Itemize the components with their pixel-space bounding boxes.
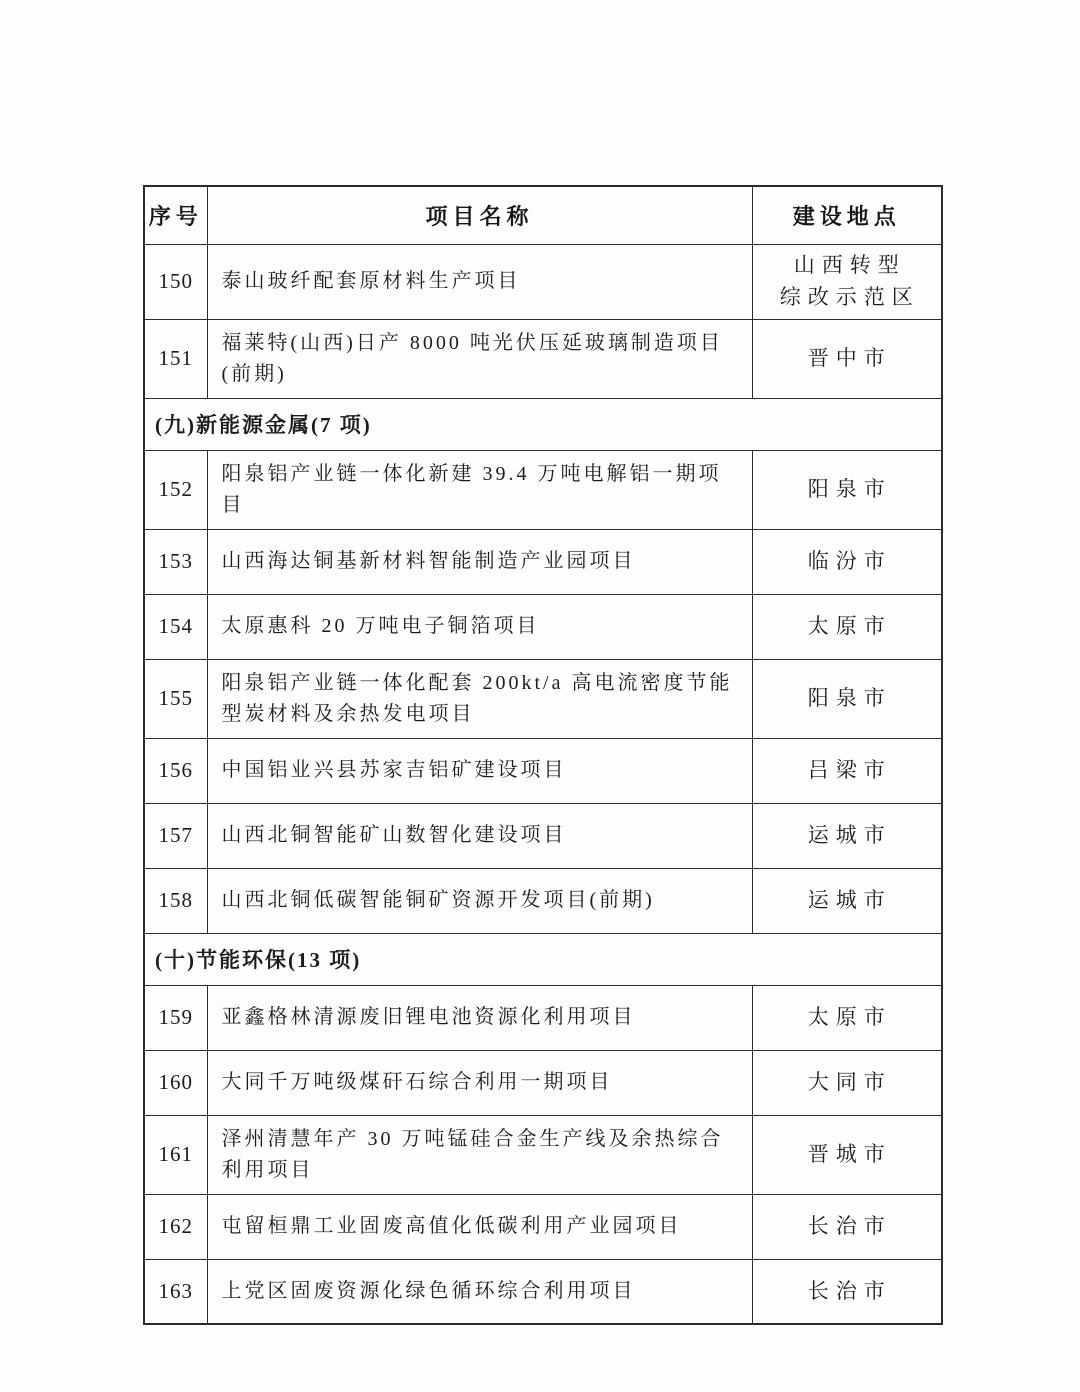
location-cell: 长治市 [752, 1259, 942, 1324]
project-name-cell: 上党区固废资源化绿色循环综合利用项目 [207, 1259, 752, 1324]
serial-cell: 163 [144, 1259, 207, 1324]
table-row-153: 153 山西海达铜基新材料智能制造产业园项目 临汾市 [144, 529, 942, 594]
project-name-cell: 大同千万吨级煤矸石综合利用一期项目 [207, 1050, 752, 1115]
project-name-cell: 山西海达铜基新材料智能制造产业园项目 [207, 529, 752, 594]
document-page: 序号 项目名称 建设地点 150 泰山玻纤配套原材料生产项目 山西转型 综改示范… [0, 0, 1080, 1392]
col-header-project-name: 项目名称 [207, 186, 752, 244]
project-name-cell: 阳泉铝产业链一体化新建 39.4 万吨电解铝一期项目 [207, 450, 752, 529]
location-cell: 晋中市 [752, 319, 942, 398]
table-row-155: 155 阳泉铝产业链一体化配套 200kt/a 高电流密度节能型炭材料及余热发电… [144, 659, 942, 738]
serial-cell: 152 [144, 450, 207, 529]
col-header-location: 建设地点 [752, 186, 942, 244]
project-name-cell: 亚鑫格林清源废旧锂电池资源化利用项目 [207, 985, 752, 1050]
section-label: (九)新能源金属(7 项) [144, 398, 942, 450]
table-row-157: 157 山西北铜智能矿山数智化建设项目 运城市 [144, 803, 942, 868]
table-row-162: 162 屯留桓鼎工业固废高值化低碳利用产业园项目 长治市 [144, 1194, 942, 1259]
project-name-cell: 屯留桓鼎工业固废高值化低碳利用产业园项目 [207, 1194, 752, 1259]
header-row: 序号 项目名称 建设地点 [144, 186, 942, 244]
serial-cell: 162 [144, 1194, 207, 1259]
location-cell: 运城市 [752, 868, 942, 933]
serial-cell: 154 [144, 594, 207, 659]
table-row-163: 163 上党区固废资源化绿色循环综合利用项目 长治市 [144, 1259, 942, 1324]
location-cell: 太原市 [752, 985, 942, 1050]
serial-cell: 153 [144, 529, 207, 594]
project-name-cell: 福莱特(山西)日产 8000 吨光伏压延玻璃制造项目(前期) [207, 319, 752, 398]
location-cell: 长治市 [752, 1194, 942, 1259]
location-cell: 运城市 [752, 803, 942, 868]
table-row-161: 161 泽州清慧年产 30 万吨锰硅合金生产线及余热综合利用项目 晋城市 [144, 1115, 942, 1194]
project-name-cell: 阳泉铝产业链一体化配套 200kt/a 高电流密度节能型炭材料及余热发电项目 [207, 659, 752, 738]
project-name-cell: 山西北铜智能矿山数智化建设项目 [207, 803, 752, 868]
table-row-159: 159 亚鑫格林清源废旧锂电池资源化利用项目 太原市 [144, 985, 942, 1050]
serial-cell: 160 [144, 1050, 207, 1115]
location-cell: 阳泉市 [752, 659, 942, 738]
serial-cell: 158 [144, 868, 207, 933]
table-row-151: 151 福莱特(山西)日产 8000 吨光伏压延玻璃制造项目(前期) 晋中市 [144, 319, 942, 398]
table-row-152: 152 阳泉铝产业链一体化新建 39.4 万吨电解铝一期项目 阳泉市 [144, 450, 942, 529]
project-name-cell: 泽州清慧年产 30 万吨锰硅合金生产线及余热综合利用项目 [207, 1115, 752, 1194]
project-name-cell: 山西北铜低碳智能铜矿资源开发项目(前期) [207, 868, 752, 933]
project-name-cell: 太原惠科 20 万吨电子铜箔项目 [207, 594, 752, 659]
serial-cell: 159 [144, 985, 207, 1050]
location-cell: 吕梁市 [752, 738, 942, 803]
location-cell: 阳泉市 [752, 450, 942, 529]
serial-cell: 157 [144, 803, 207, 868]
table-row-150: 150 泰山玻纤配套原材料生产项目 山西转型 综改示范区 [144, 244, 942, 319]
serial-cell: 156 [144, 738, 207, 803]
projects-table: 序号 项目名称 建设地点 150 泰山玻纤配套原材料生产项目 山西转型 综改示范… [143, 185, 943, 1325]
table-row-160: 160 大同千万吨级煤矸石综合利用一期项目 大同市 [144, 1050, 942, 1115]
serial-cell: 161 [144, 1115, 207, 1194]
section-row-9: (九)新能源金属(7 项) [144, 398, 942, 450]
section-label: (十)节能环保(13 项) [144, 933, 942, 985]
table-row-158: 158 山西北铜低碳智能铜矿资源开发项目(前期) 运城市 [144, 868, 942, 933]
section-row-10: (十)节能环保(13 项) [144, 933, 942, 985]
location-cell: 太原市 [752, 594, 942, 659]
location-cell: 临汾市 [752, 529, 942, 594]
serial-cell: 155 [144, 659, 207, 738]
serial-cell: 151 [144, 319, 207, 398]
location-cell: 晋城市 [752, 1115, 942, 1194]
location-cell: 大同市 [752, 1050, 942, 1115]
serial-cell: 150 [144, 244, 207, 319]
col-header-serial: 序号 [144, 186, 207, 244]
table-row-156: 156 中国铝业兴县苏家吉铝矿建设项目 吕梁市 [144, 738, 942, 803]
project-name-cell: 中国铝业兴县苏家吉铝矿建设项目 [207, 738, 752, 803]
project-name-cell: 泰山玻纤配套原材料生产项目 [207, 244, 752, 319]
location-cell: 山西转型 综改示范区 [752, 244, 942, 319]
table-row-154: 154 太原惠科 20 万吨电子铜箔项目 太原市 [144, 594, 942, 659]
